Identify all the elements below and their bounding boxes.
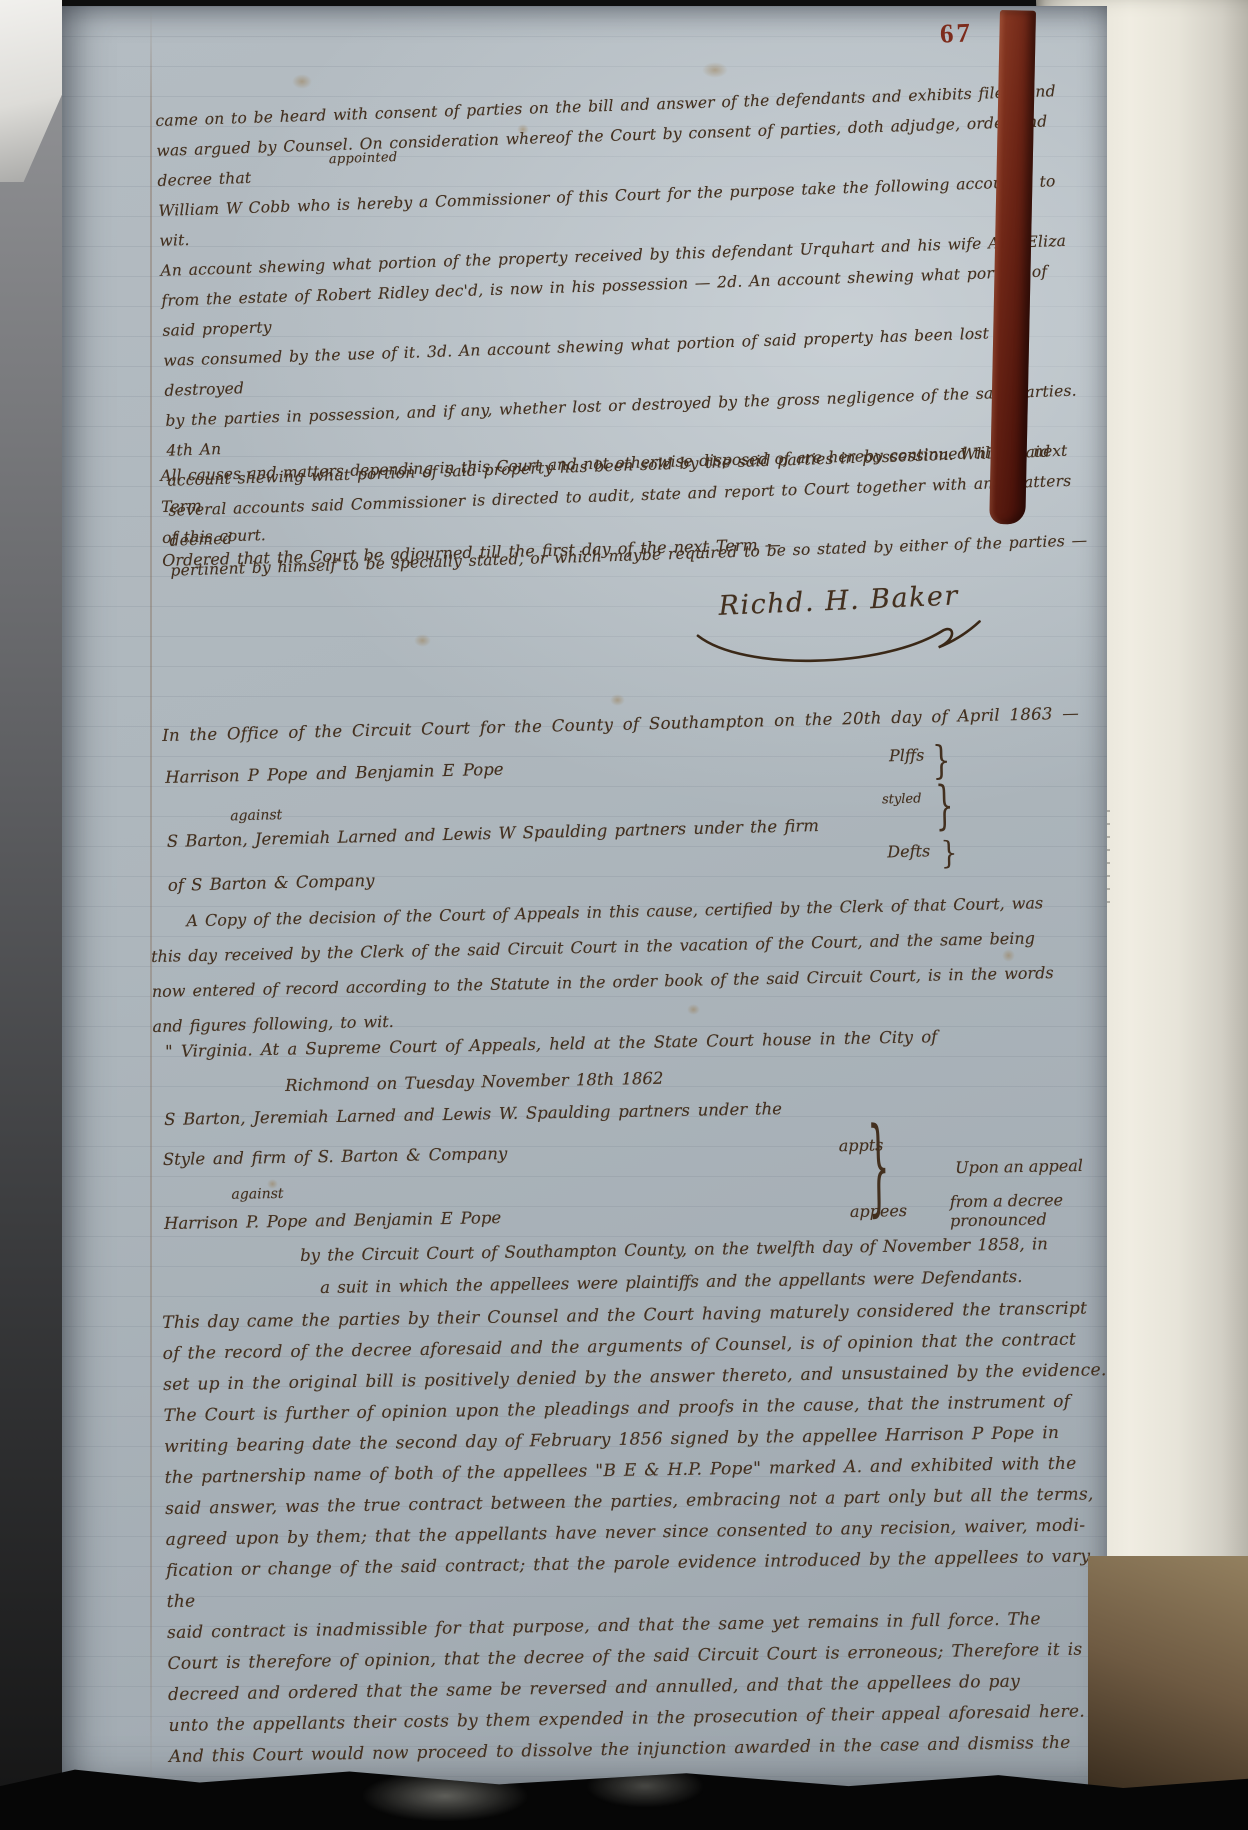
appellees-names: Harrison P. Pope and Benjamin E Pope (164, 1208, 502, 1233)
stain-spot (292, 74, 312, 89)
interline-insertion-appointed: appointed (329, 150, 398, 167)
virginia-court-heading-line2: Richmond on Tuesday November 18th 1862 (285, 1069, 664, 1095)
against-label: against (230, 807, 282, 824)
appellees-label: appees (850, 1201, 907, 1221)
appellants-names: S Barton, Jeremiah Larned and Lewis W. S… (164, 1099, 782, 1129)
stain-spot (414, 634, 431, 647)
ledger-page: 67 came on to be heard with consent of p… (62, 6, 1107, 1790)
opinion-paragraph: This day came the parties by their Couns… (162, 1293, 1119, 1773)
defendants-label: Defts (887, 841, 930, 861)
stain-spot (702, 62, 728, 78)
brace-icon: } (935, 777, 955, 837)
margin-rule-line (150, 6, 152, 1790)
brace-icon: } (940, 835, 958, 872)
appeal-side-note-line1: Upon an appeal (955, 1156, 1083, 1177)
judge-signature: Richd. H. Baker (692, 578, 1023, 623)
clerk-certificate-paragraph: A Copy of the decision of the Court of A… (150, 885, 1083, 1044)
appellants-firm-name: Style and firm of S. Barton & Company (163, 1144, 508, 1169)
against-label: against (231, 1186, 283, 1203)
stain-spot (610, 694, 625, 706)
interline-insertion-styled: styled (882, 791, 922, 807)
defendants-firm-name: of S Barton & Company (168, 871, 375, 895)
photographed-ledger-page: 67 came on to be heard with consent of p… (0, 0, 1248, 1830)
plaintiffs-label: Plffs (889, 745, 925, 765)
book-left-edge (0, 0, 62, 1830)
page-number: 67 (939, 17, 973, 49)
plaintiffs-names: Harrison P Pope and Benjamin E Pope (165, 760, 504, 787)
signature-flourish (689, 611, 1001, 684)
appeal-side-note-line2: from a decree pronounced (950, 1189, 1145, 1230)
